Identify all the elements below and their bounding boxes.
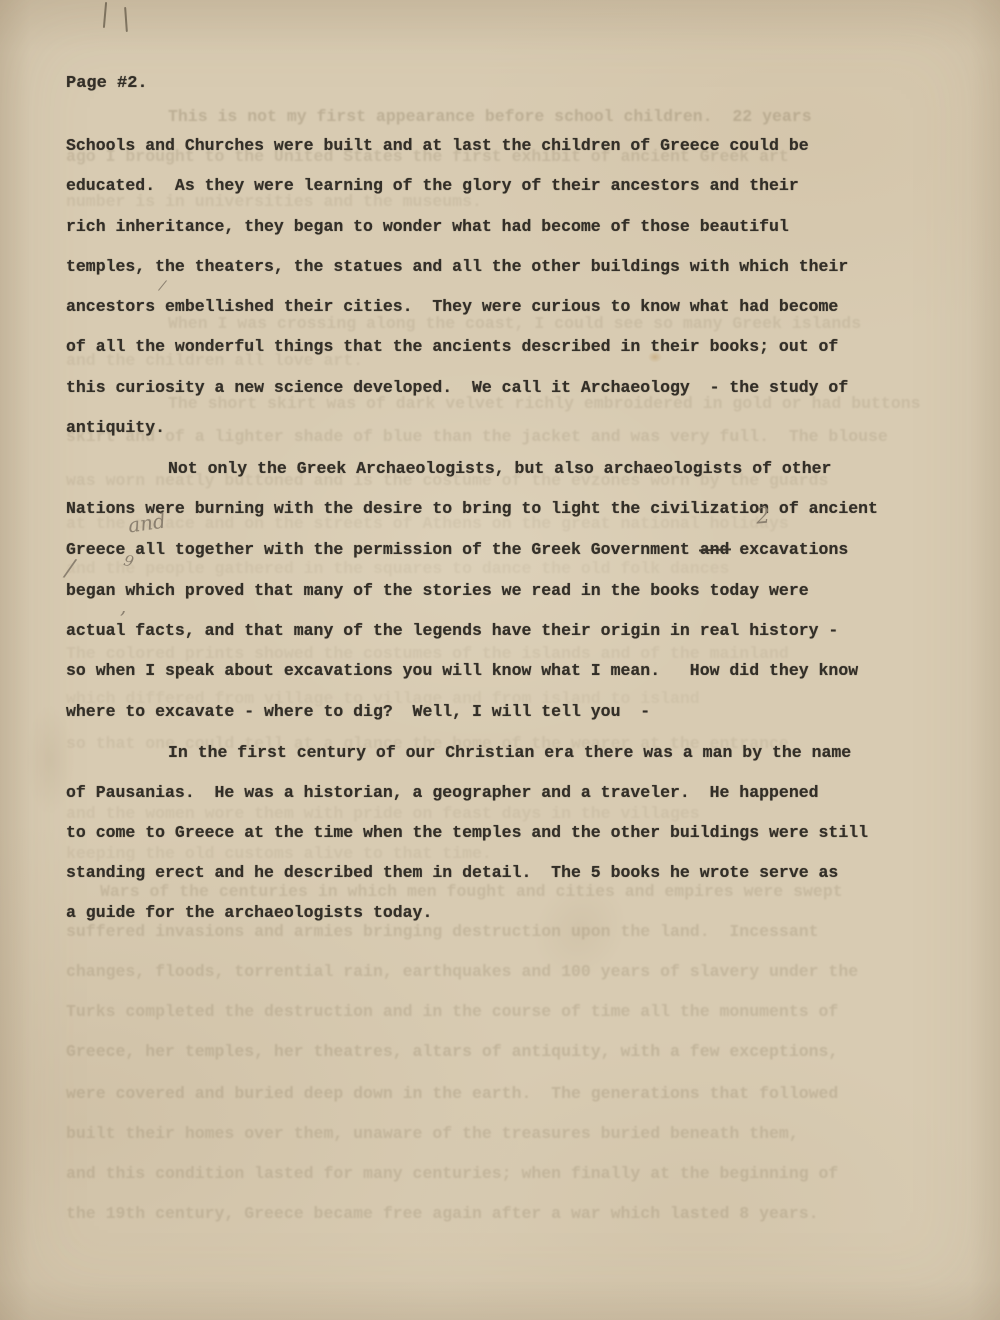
ghost-line: and this condition lasted for many centu…: [66, 1165, 838, 1184]
typed-line: so when I speak about excavations you wi…: [66, 662, 858, 681]
typed-line: standing erect and he described them in …: [66, 864, 838, 883]
typed-line: began which proved that many of the stor…: [66, 582, 809, 601]
typed-line: ancestors embellished their cities. They…: [66, 298, 838, 317]
typed-line: this curiosity a new science developed. …: [66, 379, 848, 398]
ghost-line: When I was crossing along the coast, I c…: [168, 315, 861, 334]
typed-line: temples, the theaters, the statues and a…: [66, 258, 848, 277]
scanned-typescript-page: { "page": { "label": "Page #2.", "paper_…: [0, 0, 1000, 1320]
typed-line: a guide for the archaeologists today.: [66, 904, 432, 923]
typed-line: actual facts, and that many of the legen…: [66, 622, 838, 641]
typed-line: educated. As they were learning of the g…: [66, 177, 799, 196]
typed-line: In the first century of our Christian er…: [168, 744, 851, 763]
ghost-line: keeping the old customs alive to that ti…: [66, 845, 492, 864]
typed-line: rich inheritance, they began to wonder w…: [66, 218, 789, 237]
typed-line: Schools and Churches were built and at l…: [66, 137, 809, 156]
typed-line: Greece all together with the permission …: [66, 541, 848, 560]
page-number-label: Page #2.: [66, 74, 148, 94]
ghost-line: and the women wore them with pride on fe…: [66, 805, 700, 824]
ghost-line: changes, floods, torrential rain, earthq…: [66, 963, 858, 982]
typed-line: where to excavate - where to dig? Well, …: [66, 703, 650, 722]
typed-line: Not only the Greek Archaeologists, but a…: [168, 460, 831, 479]
ghost-line: This is not my first appearance before s…: [168, 108, 812, 127]
ghost-line: and the people gathered in the squares t…: [66, 560, 729, 579]
handwritten-2-above-excavations: 2: [755, 503, 771, 529]
inserted-comma-after-began: ,: [120, 594, 126, 618]
ghost-line: were covered and buried deep down in the…: [66, 1085, 838, 1104]
ghost-line: Greece, her temples, her theatres, altar…: [66, 1043, 838, 1062]
typed-line: to come to Greece at the time when the t…: [66, 824, 868, 843]
typed-line: antiquity.: [66, 419, 165, 438]
ghost-line: skirt and of a lighter shade of blue tha…: [66, 428, 888, 447]
ghost-line: Wars of the centuries in which men fough…: [100, 883, 843, 902]
typed-line: of all the wonderful things that the anc…: [66, 338, 838, 357]
ghost-line: Turks completed the destruction and in t…: [66, 1003, 838, 1022]
struck-word: and: [700, 540, 730, 559]
typed-line: of Pausanias. He was a historian, a geog…: [66, 784, 819, 803]
ghost-line: built their homes over them, unaware of …: [66, 1125, 799, 1144]
ghost-line: suffered invasions and armies bringing d…: [66, 923, 819, 942]
ghost-line: the 19th century, Greece became free aga…: [66, 1205, 819, 1224]
